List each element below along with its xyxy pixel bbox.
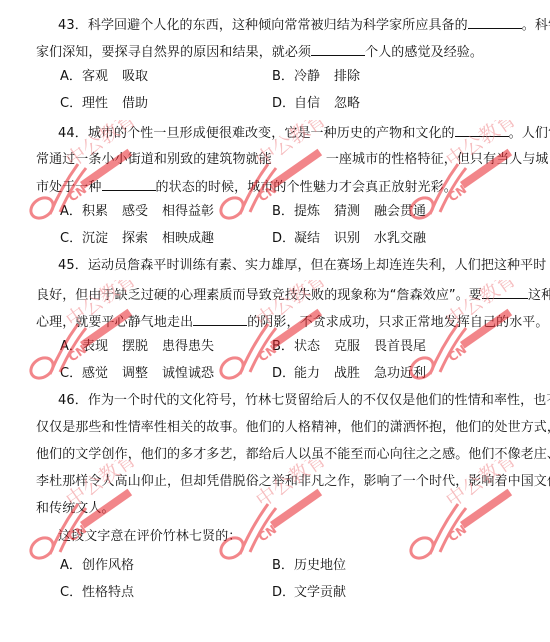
question-text: 44．城市的个性一旦形成便很难改变，它是一种历史的产物和文化的 bbox=[58, 126, 455, 141]
question-text: 的阴影，不贪求成功，只求正常地发挥自己的水平。 bbox=[247, 315, 548, 330]
question-45-line-1: 45．运动员詹森平时训练有素、实力雄厚，但在赛场上却连连失利，人们把这种平时 bbox=[58, 258, 548, 274]
question-text: 常通过一条小小街道和别致的建筑物就能 bbox=[36, 152, 272, 167]
question-46-line-2: 仅仅是那些和性情率性相关的故事。他们的人格精神，他们的潇洒怀抱，他们的处世方式， bbox=[36, 420, 526, 436]
option-word: 诚惶诚恐 bbox=[162, 366, 214, 381]
option-label: C． bbox=[60, 96, 82, 112]
question-text: 46．作为一个时代的文化符号，竹林七贤留给后人的不仅仅是他们的性情和率性，也不 bbox=[58, 393, 550, 408]
question-46-line-5: 和传统文人。 bbox=[36, 501, 526, 517]
option-word: 战胜 bbox=[334, 366, 360, 381]
option-label: D． bbox=[272, 366, 294, 382]
option-label: B． bbox=[272, 204, 294, 220]
option-word: 创作风格 bbox=[82, 558, 134, 573]
question-43-line-2: 家们深知，要探寻自然界的原因和结果，就必须个人的感觉及经验。 bbox=[36, 42, 526, 61]
option-word: 忽略 bbox=[334, 96, 360, 111]
option-word: 冷静 bbox=[294, 69, 320, 84]
option-word: 感受 bbox=[122, 204, 148, 219]
exam-page: 43．科学回避个人化的东西，这种倾向常常被归结为科学家所应具备的。科学 家们深知… bbox=[0, 0, 550, 642]
option-word: 状态 bbox=[294, 339, 320, 354]
question-text: 心理，就要平心静气地走出 bbox=[36, 315, 193, 330]
option-43-b: B．冷静排除 bbox=[272, 69, 374, 85]
option-45-b: B．状态克服畏首畏尾 bbox=[272, 339, 440, 355]
question-text: 。科学 bbox=[522, 18, 550, 33]
question-text: 家们深知，要探寻自然界的原因和结果，就必须 bbox=[36, 45, 311, 60]
option-label: A． bbox=[60, 69, 82, 85]
question-text: 个人的感觉及经验。 bbox=[365, 45, 483, 60]
option-word: 探索 bbox=[122, 231, 148, 246]
option-word: 理性 bbox=[82, 96, 108, 111]
option-label: A． bbox=[60, 339, 82, 355]
option-46-c: C．性格特点 bbox=[60, 585, 148, 601]
question-45-line-3: 心理，就要平心静气地走出的阴影，不贪求成功，只求正常地发挥自己的水平。 bbox=[36, 312, 526, 331]
option-label: C． bbox=[60, 231, 82, 247]
question-44-line-2: 常通过一条小小街道和别致的建筑物就能一座城市的性格特征，但只有当人与城 bbox=[36, 150, 526, 168]
question-text: 和传统文人。 bbox=[36, 501, 115, 516]
option-word: 排除 bbox=[334, 69, 360, 84]
question-text: 。人们常 bbox=[509, 126, 550, 141]
option-word: 表现 bbox=[82, 339, 108, 354]
option-43-a: A．客观吸取 bbox=[60, 69, 162, 85]
answer-blank bbox=[468, 15, 522, 29]
option-44-c: C．沉淀探索相映成趣 bbox=[60, 231, 228, 247]
option-44-d: D．凝结识别水乳交融 bbox=[272, 231, 440, 247]
option-word: 识别 bbox=[334, 231, 360, 246]
option-word: 摆脱 bbox=[122, 339, 148, 354]
question-text: 45．运动员詹森平时训练有素、实力雄厚，但在赛场上却连连失利，人们把这种平时 bbox=[58, 258, 546, 273]
option-word: 文学贡献 bbox=[294, 585, 346, 600]
option-word: 借助 bbox=[122, 96, 148, 111]
option-word: 性格特点 bbox=[82, 585, 134, 600]
question-text: 仅仅是那些和性情率性相关的故事。他们的人格精神，他们的潇洒怀抱，他们的处世方式， bbox=[36, 420, 550, 435]
option-44-a: A．积累感受相得益彰 bbox=[60, 204, 228, 220]
option-word: 自信 bbox=[294, 96, 320, 111]
question-45-line-2: 良好，但由于缺乏过硬的心理素质而导致竞技失败的现象称为“詹森效应”。要这种 bbox=[36, 285, 526, 304]
option-label: A． bbox=[60, 558, 82, 574]
option-label: D． bbox=[272, 96, 294, 112]
option-label: A． bbox=[60, 204, 82, 220]
option-word: 调整 bbox=[122, 366, 148, 381]
answer-blank bbox=[482, 285, 528, 299]
answer-blank bbox=[102, 177, 156, 191]
option-label: D． bbox=[272, 585, 294, 601]
option-45-c: C．感觉调整诚惶诚恐 bbox=[60, 366, 228, 382]
option-word: 患得患失 bbox=[162, 339, 214, 354]
answer-blank bbox=[193, 312, 247, 326]
option-word: 融会贯通 bbox=[374, 204, 426, 219]
option-word: 水乳交融 bbox=[374, 231, 426, 246]
option-45-d: D．能力战胜急功近利 bbox=[272, 366, 440, 382]
option-44-b: B．提炼猜测融会贯通 bbox=[272, 204, 440, 220]
question-text: 他们的文学创作，他们的多才多艺，都给后人以虽不能至而心向往之之感。他们不像老庄、 bbox=[36, 447, 550, 462]
option-word: 提炼 bbox=[294, 204, 320, 219]
option-word: 沉淀 bbox=[82, 231, 108, 246]
question-44-line-1: 44．城市的个性一旦形成便很难改变，它是一种历史的产物和文化的。人们常 bbox=[58, 123, 548, 142]
question-stem: 这段文字意在评价竹林七贤的： bbox=[58, 529, 241, 544]
question-46-line-4: 李杜那样令人高山仰止，但却凭借脱俗之举和非凡之作，影响了一个时代，影响着中国文化 bbox=[36, 474, 526, 490]
option-word: 猜测 bbox=[334, 204, 360, 219]
option-label: D． bbox=[272, 231, 294, 247]
question-text: 一座城市的性格特征，但只有当人与城 bbox=[326, 152, 549, 167]
option-word: 历史地位 bbox=[294, 558, 346, 573]
option-word: 畏首畏尾 bbox=[374, 339, 426, 354]
svg-text:CN: CN bbox=[446, 342, 469, 364]
option-word: 吸取 bbox=[122, 69, 148, 84]
question-text: 这种 bbox=[528, 288, 550, 303]
option-46-a: A．创作风格 bbox=[60, 558, 148, 574]
option-word: 急功近利 bbox=[374, 366, 426, 381]
question-43-line-1: 43．科学回避个人化的东西，这种倾向常常被归结为科学家所应具备的。科学 bbox=[58, 15, 548, 34]
question-text: 良好，但由于缺乏过硬的心理素质而导致竞技失败的现象称为“詹森效应”。要 bbox=[36, 288, 482, 303]
question-46-stem: 这段文字意在评价竹林七贤的： bbox=[58, 529, 548, 545]
question-46-line-1: 46．作为一个时代的文化符号，竹林七贤留给后人的不仅仅是他们的性情和率性，也不 bbox=[58, 393, 548, 409]
question-text: 市处于一种 bbox=[36, 180, 102, 195]
option-label: C． bbox=[60, 585, 82, 601]
option-word: 克服 bbox=[334, 339, 360, 354]
question-text: 43．科学回避个人化的东西，这种倾向常常被归结为科学家所应具备的 bbox=[58, 18, 468, 33]
option-word: 能力 bbox=[294, 366, 320, 381]
option-43-c: C．理性借助 bbox=[60, 96, 162, 112]
option-46-b: B．历史地位 bbox=[272, 558, 360, 574]
question-text: 李杜那样令人高山仰止，但却凭借脱俗之举和非凡之作，影响了一个时代，影响着中国文化 bbox=[36, 474, 550, 489]
option-word: 感觉 bbox=[82, 366, 108, 381]
option-label: C． bbox=[60, 366, 82, 382]
option-46-d: D．文学贡献 bbox=[272, 585, 360, 601]
option-word: 积累 bbox=[82, 204, 108, 219]
question-text: 的状态的时候，城市的个性魅力才会真正放射光彩。 bbox=[156, 180, 457, 195]
question-46-line-3: 他们的文学创作，他们的多才多艺，都给后人以虽不能至而心向往之之感。他们不像老庄、 bbox=[36, 447, 526, 463]
option-word: 相映成趣 bbox=[162, 231, 214, 246]
option-label: B． bbox=[272, 69, 294, 85]
option-45-a: A．表现摆脱患得患失 bbox=[60, 339, 228, 355]
answer-blank bbox=[311, 42, 365, 56]
option-label: B． bbox=[272, 558, 294, 574]
option-43-d: D．自信忽略 bbox=[272, 96, 374, 112]
option-label: B． bbox=[272, 339, 294, 355]
answer-blank bbox=[455, 123, 509, 137]
option-word: 相得益彰 bbox=[162, 204, 214, 219]
question-44-line-3: 市处于一种的状态的时候，城市的个性魅力才会真正放射光彩。 bbox=[36, 177, 526, 196]
option-word: 客观 bbox=[82, 69, 108, 84]
option-word: 凝结 bbox=[294, 231, 320, 246]
answer-blank bbox=[272, 150, 326, 163]
